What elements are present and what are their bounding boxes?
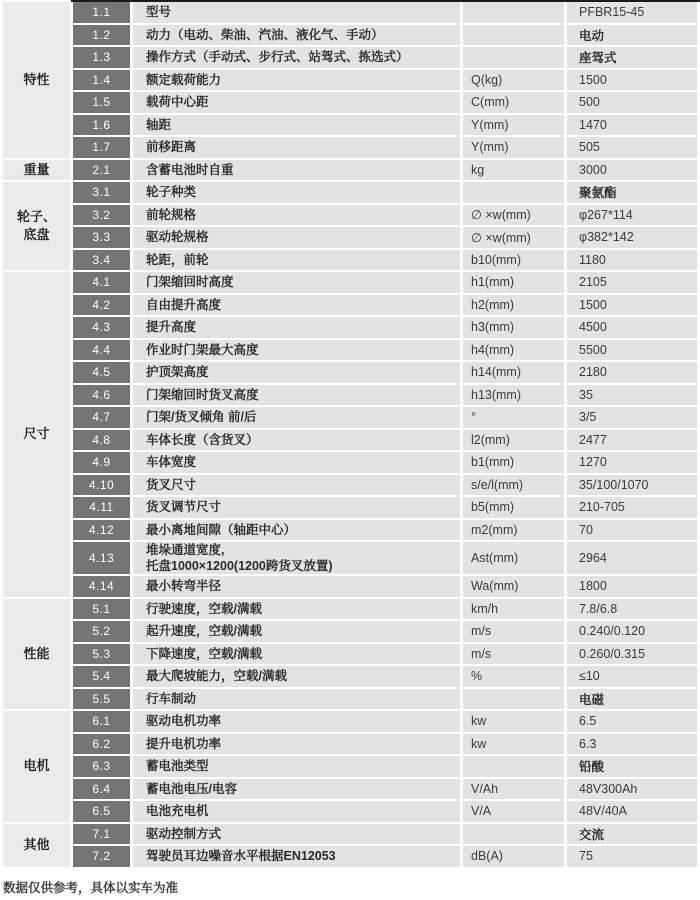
spec-row: 6.2提升电机功率kw6.3	[3, 734, 697, 755]
spec-unit-cell: b1(mm)	[463, 452, 564, 473]
spec-description-cell: 车体宽度	[133, 452, 460, 473]
spec-description-cell: 含蓄电池时自重	[133, 160, 460, 181]
category-cell: 轮子、 底盘	[3, 182, 70, 270]
spec-value-cell: 电动	[567, 25, 697, 46]
spec-value-cell: φ267*114	[567, 205, 697, 226]
spec-value-cell: 6.5	[567, 711, 697, 732]
row-number-cell: 2.1	[73, 160, 130, 181]
spec-value-cell: 1270	[567, 452, 697, 473]
row-number-cell: 4.14	[73, 576, 130, 597]
spec-row: 6.4蓄电池电压/电容V/Ah48V300Ah	[3, 779, 697, 800]
spec-unit-cell	[463, 689, 564, 710]
spec-value-cell: 210-705	[567, 497, 697, 518]
spec-unit-cell: l2(mm)	[463, 430, 564, 451]
spec-row: 6.3蓄电池类型铅酸	[3, 756, 697, 777]
spec-row: 特性1.1型号PFBR15-45	[3, 2, 697, 23]
spec-value-cell: 0.260/0.315	[567, 644, 697, 665]
category-cell: 重量	[3, 160, 70, 181]
spec-unit-cell: Ast(mm)	[463, 542, 564, 574]
spec-row: 1.7前移距离Y(mm)505	[3, 137, 697, 158]
row-number-cell: 4.11	[73, 497, 130, 518]
spec-row: 1.6轴距Y(mm)1470	[3, 115, 697, 136]
spec-row: 6.5电池充电机V/A48V/40A	[3, 801, 697, 822]
spec-row: 电机6.1驱动电机功率kw6.5	[3, 711, 697, 732]
spec-table: 特性1.1型号PFBR15-451.2动力（电动、柴油、汽油、液化气、手动）电动…	[0, 0, 700, 869]
row-number-cell: 6.5	[73, 801, 130, 822]
spec-value-cell: 48V300Ah	[567, 779, 697, 800]
spec-unit-cell	[463, 756, 564, 777]
spec-description-cell: 下降速度，空载/满载	[133, 644, 460, 665]
spec-row: 4.13堆垛通道宽度, 托盘1000×1200(1200跨货叉放置)Ast(mm…	[3, 542, 697, 574]
spec-description-cell: 操作方式（手动式、步行式、站驾式、拣选式）	[133, 47, 460, 68]
spec-row: 轮子、 底盘3.1轮子种类聚氨酯	[3, 182, 697, 203]
spec-row: 4.7门架/货叉倾角 前/后°3/5	[3, 407, 697, 428]
spec-value-cell: 电磁	[567, 689, 697, 710]
spec-row: 1.4额定载荷能力Q(kg)1500	[3, 70, 697, 91]
spec-description-cell: 货叉调节尺寸	[133, 497, 460, 518]
spec-unit-cell: Q(kg)	[463, 70, 564, 91]
row-number-cell: 4.2	[73, 295, 130, 316]
spec-description-cell: 轴距	[133, 115, 460, 136]
row-number-cell: 4.9	[73, 452, 130, 473]
spec-unit-cell	[463, 2, 564, 23]
spec-value-cell: 3000	[567, 160, 697, 181]
spec-table-body: 特性1.1型号PFBR15-451.2动力（电动、柴油、汽油、液化气、手动）电动…	[3, 2, 697, 867]
category-cell: 性能	[3, 599, 70, 710]
spec-value-cell: 1470	[567, 115, 697, 136]
spec-unit-cell: h4(mm)	[463, 340, 564, 361]
spec-row: 3.3驱动轮规格∅ ×w(mm)φ382*142	[3, 227, 697, 248]
spec-value-cell: 座驾式	[567, 47, 697, 68]
spec-description-cell: 载荷中心距	[133, 92, 460, 113]
spec-unit-cell: h2(mm)	[463, 295, 564, 316]
row-number-cell: 1.3	[73, 47, 130, 68]
spec-unit-cell	[463, 824, 564, 845]
row-number-cell: 1.1	[73, 2, 130, 23]
category-cell: 其他	[3, 824, 70, 867]
spec-row: 尺寸4.1门架缩回时高度h1(mm)2105	[3, 272, 697, 293]
spec-row: 1.2动力（电动、柴油、汽油、液化气、手动）电动	[3, 25, 697, 46]
spec-unit-cell: Y(mm)	[463, 115, 564, 136]
spec-unit-cell: b5(mm)	[463, 497, 564, 518]
row-number-cell: 3.4	[73, 250, 130, 271]
spec-unit-cell: h14(mm)	[463, 362, 564, 383]
spec-description-cell: 驱动控制方式	[133, 824, 460, 845]
spec-unit-cell: s/e/l(mm)	[463, 475, 564, 496]
row-number-cell: 1.6	[73, 115, 130, 136]
footer-note: 数据仅供参考，具体以实车为准	[3, 878, 700, 896]
spec-unit-cell: h1(mm)	[463, 272, 564, 293]
spec-unit-cell: V/Ah	[463, 779, 564, 800]
row-number-cell: 3.2	[73, 205, 130, 226]
spec-unit-cell: Y(mm)	[463, 137, 564, 158]
spec-description-cell: 额定载荷能力	[133, 70, 460, 91]
spec-row: 4.8车体长度（含货叉）l2(mm)2477	[3, 430, 697, 451]
spec-row: 4.10货叉尺寸s/e/l(mm)35/100/1070	[3, 475, 697, 496]
spec-row: 4.4作业时门架最大高度h4(mm)5500	[3, 340, 697, 361]
spec-unit-cell: km/h	[463, 599, 564, 620]
spec-description-cell: 驱动电机功率	[133, 711, 460, 732]
row-number-cell: 4.7	[73, 407, 130, 428]
row-number-cell: 5.3	[73, 644, 130, 665]
spec-value-cell: 铅酸	[567, 756, 697, 777]
spec-row: 3.4轮距，前轮b10(mm)1180	[3, 250, 697, 271]
spec-row: 3.2前轮规格∅ ×w(mm)φ267*114	[3, 205, 697, 226]
row-number-cell: 1.5	[73, 92, 130, 113]
spec-value-cell: φ382*142	[567, 227, 697, 248]
spec-row: 5.4最大爬坡能力，空载/满载%≤10	[3, 666, 697, 687]
spec-row: 其他7.1驱动控制方式交流	[3, 824, 697, 845]
spec-description-cell: 最小离地间隙（轴距中心）	[133, 520, 460, 541]
spec-description-cell: 提升高度	[133, 317, 460, 338]
spec-row: 4.9车体宽度b1(mm)1270	[3, 452, 697, 473]
spec-value-cell: PFBR15-45	[567, 2, 697, 23]
row-number-cell: 3.3	[73, 227, 130, 248]
spec-row: 5.2起升速度，空载/满载m/s0.240/0.120	[3, 621, 697, 642]
category-cell: 电机	[3, 711, 70, 822]
spec-description-cell: 自由提升高度	[133, 295, 460, 316]
row-number-cell: 6.3	[73, 756, 130, 777]
spec-description-cell: 驾驶员耳边噪音水平根据EN12053	[133, 846, 460, 867]
spec-row: 4.14最小转弯半径Wa(mm)1800	[3, 576, 697, 597]
spec-description-cell: 门架缩回时货叉高度	[133, 385, 460, 406]
spec-unit-cell: h13(mm)	[463, 385, 564, 406]
row-number-cell: 4.1	[73, 272, 130, 293]
spec-value-cell: 35	[567, 385, 697, 406]
spec-description-cell: 最大爬坡能力，空载/满载	[133, 666, 460, 687]
spec-value-cell: 70	[567, 520, 697, 541]
spec-unit-cell: °	[463, 407, 564, 428]
spec-unit-cell: V/A	[463, 801, 564, 822]
spec-row: 5.5行车制动电磁	[3, 689, 697, 710]
spec-value-cell: 505	[567, 137, 697, 158]
spec-value-cell: 1500	[567, 295, 697, 316]
spec-value-cell: 1500	[567, 70, 697, 91]
spec-value-cell: 2180	[567, 362, 697, 383]
spec-value-cell: 7.8/6.8	[567, 599, 697, 620]
row-number-cell: 7.1	[73, 824, 130, 845]
spec-value-cell: ≤10	[567, 666, 697, 687]
spec-row: 4.11货叉调节尺寸b5(mm)210-705	[3, 497, 697, 518]
spec-unit-cell	[463, 25, 564, 46]
row-number-cell: 6.1	[73, 711, 130, 732]
spec-value-cell: 0.240/0.120	[567, 621, 697, 642]
spec-row: 4.12最小离地间隙（轴距中心）m2(mm)70	[3, 520, 697, 541]
row-number-cell: 1.2	[73, 25, 130, 46]
table-top-border	[71, 0, 700, 2]
spec-value-cell: 1180	[567, 250, 697, 271]
spec-value-cell: 48V/40A	[567, 801, 697, 822]
spec-description-cell: 堆垛通道宽度, 托盘1000×1200(1200跨货叉放置)	[133, 542, 460, 574]
spec-unit-cell: dB(A)	[463, 846, 564, 867]
spec-row: 重量2.1含蓄电池时自重kg3000	[3, 160, 697, 181]
row-number-cell: 1.4	[73, 70, 130, 91]
spec-value-cell: 聚氨酯	[567, 182, 697, 203]
spec-value-cell: 500	[567, 92, 697, 113]
spec-description-cell: 护顶架高度	[133, 362, 460, 383]
spec-unit-cell: kw	[463, 711, 564, 732]
spec-unit-cell: m/s	[463, 644, 564, 665]
spec-description-cell: 型号	[133, 2, 460, 23]
spec-value-cell: 35/100/1070	[567, 475, 697, 496]
spec-value-cell: 3/5	[567, 407, 697, 428]
spec-unit-cell: C(mm)	[463, 92, 564, 113]
spec-unit-cell: b10(mm)	[463, 250, 564, 271]
row-number-cell: 4.10	[73, 475, 130, 496]
spec-row: 4.6门架缩回时货叉高度h13(mm)35	[3, 385, 697, 406]
row-number-cell: 5.2	[73, 621, 130, 642]
spec-value-cell: 1800	[567, 576, 697, 597]
spec-description-cell: 电池充电机	[133, 801, 460, 822]
row-number-cell: 1.7	[73, 137, 130, 158]
spec-unit-cell	[463, 47, 564, 68]
spec-row: 性能5.1行驶速度，空载/满载km/h7.8/6.8	[3, 599, 697, 620]
spec-unit-cell: ∅ ×w(mm)	[463, 205, 564, 226]
row-number-cell: 4.3	[73, 317, 130, 338]
row-number-cell: 5.4	[73, 666, 130, 687]
spec-description-cell: 提升电机功率	[133, 734, 460, 755]
spec-value-cell: 75	[567, 846, 697, 867]
category-cell: 尺寸	[3, 272, 70, 597]
spec-unit-cell	[463, 182, 564, 203]
spec-value-cell: 4500	[567, 317, 697, 338]
spec-value-cell: 6.3	[567, 734, 697, 755]
spec-description-cell: 轮距，前轮	[133, 250, 460, 271]
spec-value-cell: 交流	[567, 824, 697, 845]
spec-unit-cell: kw	[463, 734, 564, 755]
category-cell: 特性	[3, 2, 70, 158]
spec-description-cell: 蓄电池电压/电容	[133, 779, 460, 800]
spec-value-cell: 5500	[567, 340, 697, 361]
spec-unit-cell: kg	[463, 160, 564, 181]
spec-description-cell: 前移距离	[133, 137, 460, 158]
row-number-cell: 3.1	[73, 182, 130, 203]
spec-description-cell: 门架缩回时高度	[133, 272, 460, 293]
row-number-cell: 5.5	[73, 689, 130, 710]
spec-description-cell: 蓄电池类型	[133, 756, 460, 777]
row-number-cell: 5.1	[73, 599, 130, 620]
spec-row: 4.2自由提升高度h2(mm)1500	[3, 295, 697, 316]
row-number-cell: 6.2	[73, 734, 130, 755]
spec-value-cell: 2477	[567, 430, 697, 451]
spec-unit-cell: h3(mm)	[463, 317, 564, 338]
spec-row: 4.5护顶架高度h14(mm)2180	[3, 362, 697, 383]
spec-description-cell: 行驶速度，空载/满载	[133, 599, 460, 620]
spec-description-cell: 驱动轮规格	[133, 227, 460, 248]
row-number-cell: 7.2	[73, 846, 130, 867]
spec-unit-cell: m/s	[463, 621, 564, 642]
row-number-cell: 4.8	[73, 430, 130, 451]
spec-value-cell: 2105	[567, 272, 697, 293]
spec-unit-cell: m2(mm)	[463, 520, 564, 541]
row-number-cell: 4.12	[73, 520, 130, 541]
row-number-cell: 4.6	[73, 385, 130, 406]
spec-unit-cell: Wa(mm)	[463, 576, 564, 597]
spec-row: 1.5载荷中心距C(mm)500	[3, 92, 697, 113]
spec-description-cell: 行车制动	[133, 689, 460, 710]
spec-description-cell: 前轮规格	[133, 205, 460, 226]
spec-description-cell: 作业时门架最大高度	[133, 340, 460, 361]
row-number-cell: 6.4	[73, 779, 130, 800]
spec-description-cell: 门架/货叉倾角 前/后	[133, 407, 460, 428]
spec-unit-cell: ∅ ×w(mm)	[463, 227, 564, 248]
spec-sheet-page: 特性1.1型号PFBR15-451.2动力（电动、柴油、汽油、液化气、手动）电动…	[0, 0, 700, 900]
spec-row: 7.2驾驶员耳边噪音水平根据EN12053dB(A)75	[3, 846, 697, 867]
spec-row: 1.3操作方式（手动式、步行式、站驾式、拣选式）座驾式	[3, 47, 697, 68]
spec-description-cell: 动力（电动、柴油、汽油、液化气、手动）	[133, 25, 460, 46]
spec-description-cell: 最小转弯半径	[133, 576, 460, 597]
spec-description-cell: 车体长度（含货叉）	[133, 430, 460, 451]
spec-description-cell: 起升速度，空载/满载	[133, 621, 460, 642]
spec-row: 4.3提升高度h3(mm)4500	[3, 317, 697, 338]
spec-row: 5.3下降速度，空载/满载m/s0.260/0.315	[3, 644, 697, 665]
row-number-cell: 4.13	[73, 542, 130, 574]
row-number-cell: 4.4	[73, 340, 130, 361]
spec-value-cell: 2964	[567, 542, 697, 574]
spec-description-cell: 轮子种类	[133, 182, 460, 203]
row-number-cell: 4.5	[73, 362, 130, 383]
spec-description-cell: 货叉尺寸	[133, 475, 460, 496]
spec-unit-cell: %	[463, 666, 564, 687]
